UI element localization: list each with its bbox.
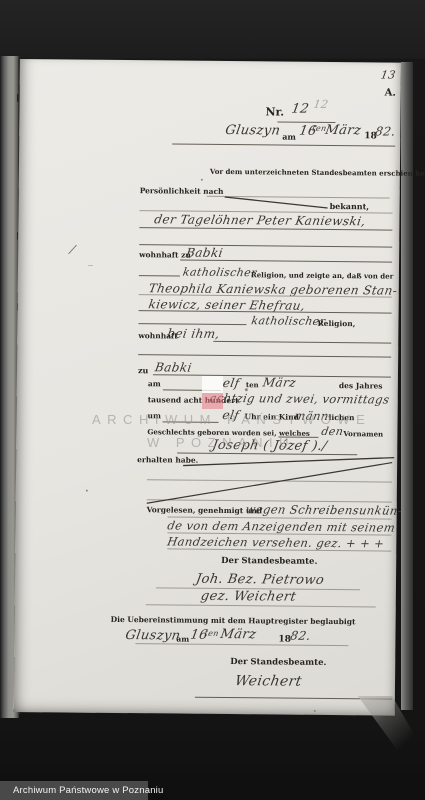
archive-footer-label: Archiwum Państwowe w Poznaniu	[0, 785, 163, 796]
highlight-marker	[202, 376, 223, 409]
highlight-marker-pink	[202, 393, 223, 409]
highlight-marker-top	[202, 376, 223, 393]
archive-watermark-line1: ARCHIWUM PAŃSTWOWE	[92, 412, 371, 427]
scan-viewport: 13 A. Nr. 12 12 Gluszyn am 16 ten März 1…	[0, 0, 425, 800]
archive-watermark-line2: W POZNANIU	[147, 435, 295, 450]
archive-footer-bar: Archiwum Państwowe w Poznaniu	[0, 781, 148, 800]
book-edge-right	[401, 62, 413, 710]
